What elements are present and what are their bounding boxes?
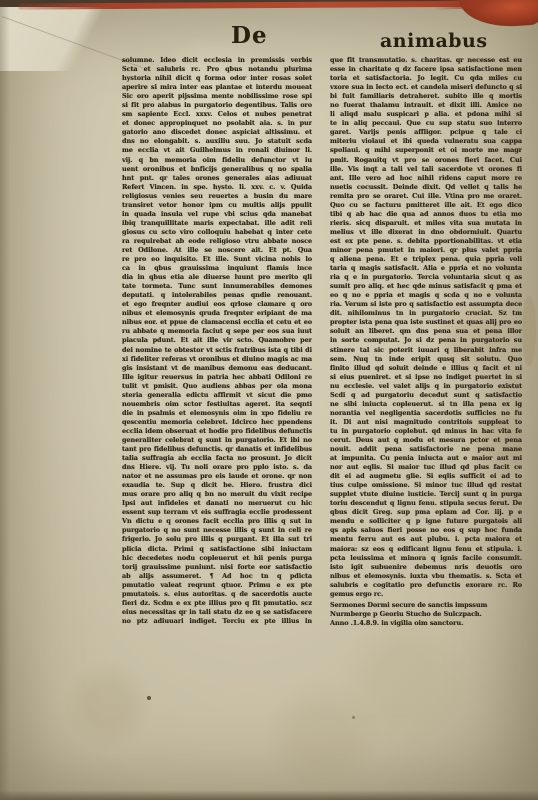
text-line: nibus et elemosynis qruda freqnter eripi… — [122, 309, 312, 318]
text-line: tate tormeta. Tunc sunt innumerabiles de… — [122, 282, 312, 291]
text-line: uent oronibus et bnficijs generalibus q … — [122, 165, 312, 174]
text-line: nor aut eqlis. Si maior tuc illud qd plu… — [330, 463, 522, 472]
text-line: tu in purgatorio coplebut. qd minus in h… — [330, 427, 522, 436]
text-line: eius necessitas qr in tali statu dz ee q… — [122, 608, 312, 617]
text-line: mus orare pro aliq q bn no meruit du vix… — [122, 490, 312, 499]
text-line: q aliena pena. Et e triplex pena. quia p… — [330, 255, 522, 264]
text-line: Anno .1.4.8.9. in vigilia oim sanctoru. — [330, 619, 522, 628]
text-line: nator et ne assumas pro eis laude et oro… — [122, 472, 312, 481]
text-line: hnt pnt. qr tales orones generales aias … — [122, 174, 312, 183]
text-line: toria et satisfactoria. Jo legit. Cu qda… — [330, 74, 522, 83]
text-line: dit. nihilominus tn in purgatorio crucia… — [330, 309, 522, 318]
text-line: nouembris oim sctor festiuitas ageret. i… — [122, 400, 312, 409]
text-line: spoliaui. q mihi superponit et oi morte … — [330, 146, 522, 155]
text-line: nu ecclesie. vel valet alijs q in purgat… — [330, 382, 522, 391]
text-line: garet. Varijs penis affligor. pcipue q t… — [330, 128, 522, 137]
text-line: gis insistant vt de manibus demonu eas d… — [122, 364, 312, 373]
text-line: Refert Vincen. in spe. hysto. li. xxv. c… — [122, 183, 312, 192]
text-line: pmit. Rogauitq vt pro se orones fieri fa… — [330, 156, 522, 165]
text-line: hystoria nihil dicit q forma odor inter … — [122, 74, 312, 83]
text-line: mendu e solliciter q p igne future purga… — [330, 517, 522, 526]
text-line: tulit vt pmisit. Quo audiens abbas per o… — [122, 382, 312, 391]
text-line: sm sapiente Eccl. xxxv. Celos et nubes p… — [122, 110, 312, 119]
text-line: hic decedetes nodu copleuerut et hii pen… — [122, 554, 312, 563]
bottom-edge-shadow — [0, 790, 538, 800]
text-line: vxore sua in lecto ect. et candela miser… — [330, 83, 522, 92]
text-line: re pro eo inquisito. Et ille. Sunt vicin… — [122, 255, 312, 264]
text-line: at impunita. Cu penia iniucta aut e maio… — [330, 454, 522, 463]
text-line: religiosus venies seu reuertes a busin d… — [122, 192, 312, 201]
text-line: vij. q bn memoria oim fideliu defunctor … — [122, 156, 312, 165]
text-line: giosus cu scto viro colloquiu habebat q … — [122, 228, 312, 237]
text-line: torij grauissime puniunt. nisi forte eor… — [122, 563, 312, 572]
text-line: que fit transmutatio. s. charitas. qr ne… — [330, 56, 522, 65]
text-line: dit ei ad augmetu glie. Si eqlis suffici… — [330, 472, 522, 481]
text-line: soluit an liberet. qm dns pena sua et pe… — [330, 327, 522, 336]
text-line: fieri dz. Scdm e ex pte illius pro q fit… — [122, 599, 312, 608]
text-line: Scdi q ad purgatoriu decedut sunt q sati… — [330, 391, 522, 400]
text-line: gatorio ano discedet donec aspiciat alti… — [122, 128, 312, 137]
text-line: est ex pte pene. s. debita pportionabili… — [330, 237, 522, 246]
text-line: talia suffragia ab ecclia facta no prosu… — [122, 454, 312, 463]
text-line: qbus dicit Greg. sup pma eplam ad Cor. i… — [330, 508, 522, 517]
text-line: dei nomine te obtestor vt sctis fratribu… — [122, 346, 312, 355]
text-line: isto igit subuenire debemus nris deuotis… — [330, 563, 522, 572]
text-line: ca in qbus grauissima inquiunt flamis in… — [122, 264, 312, 273]
text-line: deputati. q intolerabiles penas qndie re… — [122, 291, 312, 300]
running-title-left: De — [231, 22, 268, 50]
text-line: in sorte computat. Jo si dz pena in purg… — [330, 336, 522, 345]
text-line: exaudia te. Sup q dicit be. Hiero. frust… — [122, 481, 312, 490]
text-line: Nurmberge p Georiu Stucho de Sulczpach. — [330, 610, 522, 619]
text-line: tius culpe omissione. Si minor tuc illud… — [330, 481, 522, 490]
text-line: purgatorio q no sunt necesse illis q sun… — [122, 526, 312, 535]
text-line: Scta et salubris rc. Pro qbus notandu pl… — [122, 65, 312, 74]
text-line: si eius pueniret. et si ipse no indiget … — [330, 373, 522, 382]
text-column-right: que fit transmutatio. s. charitas. qr ne… — [330, 56, 522, 599]
text-line: propter ista pena qua iste sustinet et q… — [330, 318, 522, 327]
text-line: minor pena pmutet in maiori. qr plus val… — [330, 246, 522, 255]
text-line: ru abbate q memoria faciut q sepe per eo… — [122, 327, 312, 336]
text-line: remita pro se oraret. Cui ille. Vtina pr… — [330, 192, 522, 201]
text-line: steria generalia edictu affirmit vt sicu… — [122, 391, 312, 400]
text-line: Sic oro aperit pijssima mente nobilissim… — [122, 92, 312, 101]
text-line: ibiq tranquillitate maris expectabat. il… — [122, 219, 312, 228]
text-line: no ptz adiuuari indiget. Terciu ex pte i… — [122, 617, 312, 626]
scanned-book-page-photo: De animabus solumne. Ideo dicit ecclesia… — [0, 0, 538, 800]
text-line: sem. Nuq tn inde eripit qusq sit solutu.… — [330, 355, 522, 364]
text-line: si fit pro alabus in purgatorio degentib… — [122, 101, 312, 110]
text-line: et donec appropinquet no psolabit aia. s… — [122, 119, 312, 128]
text-line: plicia dicta. Primi q satisfactione sibi… — [122, 545, 312, 554]
right-edge-stain — [522, 296, 536, 366]
text-line: te in aliq peccaui. Que cu sup statu suo… — [330, 119, 522, 128]
text-line: Vn dictu e q orones facit ecclia pro ill… — [122, 517, 312, 526]
text-line: rieris. sicq disparuit. et miles vita su… — [330, 219, 522, 228]
text-line: tibi q ab hac die qua ad annos duos tu e… — [330, 210, 522, 219]
text-line: aperire si mira inter eas plantae et int… — [122, 83, 312, 92]
text-line: xi fideliter referas vt oronibus et diui… — [122, 355, 312, 364]
text-line: die in psalmis et elemosynis oim in xpo … — [122, 409, 312, 418]
text-line: toriu descendut q lignu fenu. stipula se… — [330, 499, 522, 508]
text-line: it. Di aut nisi magnitudo contritois sup… — [330, 418, 522, 427]
text-line: ecclia idem obseruat et hodie pro fideli… — [122, 427, 312, 436]
text-line: dns no elongabit. s. auxiliu suu. Jo sta… — [122, 137, 312, 146]
left-edge-shadow — [0, 7, 10, 800]
text-line: norantia vel negligentia sacerdotis suff… — [330, 409, 522, 418]
ink-speck — [352, 716, 355, 719]
text-line: et ego freqnter audiui eos qrlose clamar… — [122, 300, 312, 309]
colophon: Sermones Dormi secure de sanctis impssum… — [330, 601, 522, 628]
running-title-right: animabus — [380, 30, 488, 52]
text-line: ne sibi iniucta copleuerut. si tn illa p… — [330, 400, 522, 409]
text-line: nuetis cocussit. Deinde dixit. Qd vellet… — [330, 183, 522, 192]
text-line: ant. Ille vero ad hoc nihil ridens caput… — [330, 174, 522, 183]
text-line: pmutatois. s. eius autoritas. q de sacer… — [122, 590, 312, 599]
text-line: sumit pro aliq. et hec qde minus satisfa… — [330, 282, 522, 291]
text-line: cerut. Deus aut q modu et mesura pctor e… — [330, 436, 522, 445]
text-line: transiret vetor honor ipm cu multis alij… — [122, 201, 312, 210]
ink-speck — [147, 696, 151, 700]
text-line: Sermones Dormi secure de sanctis impssum — [330, 601, 522, 610]
text-line: qescentiu memoria celebret. Idcirco hec … — [122, 418, 312, 427]
text-line: ra requirebat ab eode religioso vtru abb… — [122, 237, 312, 246]
text-line: maiora: sz eos q edificant lignu fenu et… — [330, 545, 522, 554]
text-line: piacula pdunt. Et ait ille vir scto. Qua… — [122, 336, 312, 345]
text-line: pcta leuissima et minora q ignis facile … — [330, 554, 522, 563]
text-line: eo q no e ppria et magis q scda q no e v… — [330, 291, 522, 300]
text-column-left: solumne. Ideo dicit ecclesia in premissi… — [122, 56, 312, 626]
text-line: ab alijs assumeret. ¶ Ad hoc tn q pdicta — [122, 572, 312, 581]
text-line: dns Hiere. vij. Tu noli orare pro pplo i… — [122, 463, 312, 472]
text-line: esse in charitate q dz facere ipsa satis… — [330, 65, 522, 74]
text-line: ret Odilone. At ille se noscere ait. Et … — [122, 246, 312, 255]
text-line: miteriu violaui et ibi queda vulneratu s… — [330, 137, 522, 146]
text-line: ille. Vis inqt a tali vel tali sacerdote… — [330, 165, 522, 174]
text-line: generaliter celebrat q sunt in purgatori… — [122, 436, 312, 445]
text-line: mentu ferru aut es aut plubu. i. pcta ma… — [330, 535, 522, 544]
text-line: stinere tal sic poterit iuuari q liberab… — [330, 346, 522, 355]
text-line: salubris e cogitatio pro defunctis exora… — [330, 581, 522, 590]
text-line: qs apls saluos fieri posse no eos q sup … — [330, 526, 522, 535]
text-line: tant pro fidelibus defunctis. qr danatis… — [122, 445, 312, 454]
text-line: bi fuit familiaris detraheret. subito il… — [330, 92, 522, 101]
text-line: dia in qbus etia ale diuerse luunt pro m… — [122, 273, 312, 282]
text-line: Quo cu se facturu pmitteret ille ait. Et… — [330, 201, 522, 210]
text-line: nouit. addit pena satisfactorie ne pena … — [330, 445, 522, 454]
text-line: ria. Verum si iste pro q satisfactio est… — [330, 300, 522, 309]
text-line: supplet vtute diuine iusticie. Tercij su… — [330, 490, 522, 499]
text-line: nibus et elemosynis. iuxta vbu thematis.… — [330, 572, 522, 581]
text-line: taria q magis satisfacit. Alia e ppria e… — [330, 264, 522, 273]
text-line: no fuerat thalamu intrauit. et dixit ill… — [330, 101, 522, 110]
text-line: gemus ergo rc. — [330, 590, 522, 599]
text-line: melius vt ille dixerat in dno obdormiuit… — [330, 228, 522, 237]
text-line: Ipsi aut infideles et danati no meruerut… — [122, 499, 312, 508]
text-line: ria q e in purgatorio. Tercia voluntaria… — [330, 273, 522, 282]
text-line: in quada insula vel rupe vbi scius qda m… — [122, 210, 312, 219]
text-line: pmutatio valeat reqrunt qtuor. Primu e e… — [122, 581, 312, 590]
text-line: Ille igitur reuersus in patria hec abbat… — [122, 373, 312, 382]
text-line: nibus eor. et ppue de clamacensi ecclia … — [122, 318, 312, 327]
text-line: me ecclia vt ait Guilhelmus in ronali di… — [122, 146, 312, 155]
text-line: solumne. Ideo dicit ecclesia in premissi… — [122, 56, 312, 65]
text-line: frigerio. Jo solu pro illis q purgant. E… — [122, 535, 312, 544]
text-line: finito illud qd soluit deinde e illius q… — [330, 364, 522, 373]
top-right-red-streak — [432, 0, 482, 10]
text-line: li aliqd malu suspicari p alia. et pdona… — [330, 110, 522, 119]
text-line: essent sup terram vt eis suffragia eccli… — [122, 508, 312, 517]
